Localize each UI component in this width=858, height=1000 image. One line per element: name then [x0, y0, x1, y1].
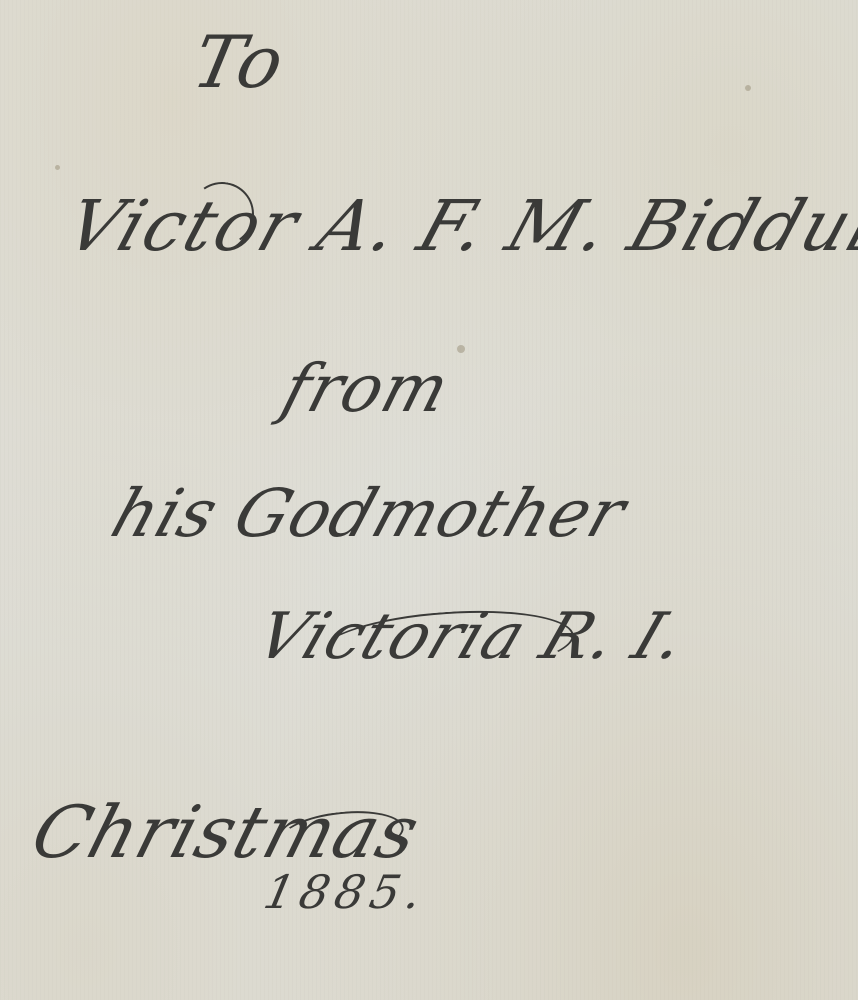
paper-spot: [457, 345, 465, 353]
inscription-relation: his Godmother: [102, 475, 635, 552]
inscription-to: To: [186, 20, 292, 104]
inscription-year: 1885.: [259, 865, 432, 919]
inscription-signature: Victoria R. I.: [247, 600, 698, 674]
inscription-from: from: [274, 350, 458, 427]
inscription-occasion: Christmas: [23, 790, 429, 874]
paper-page: To Victor A. F. M. Biddulph from his God…: [0, 0, 858, 1000]
paper-spot: [55, 165, 60, 170]
paper-spot: [745, 85, 751, 91]
inscription-recipient: Victor A. F. M. Biddulph: [57, 185, 858, 267]
